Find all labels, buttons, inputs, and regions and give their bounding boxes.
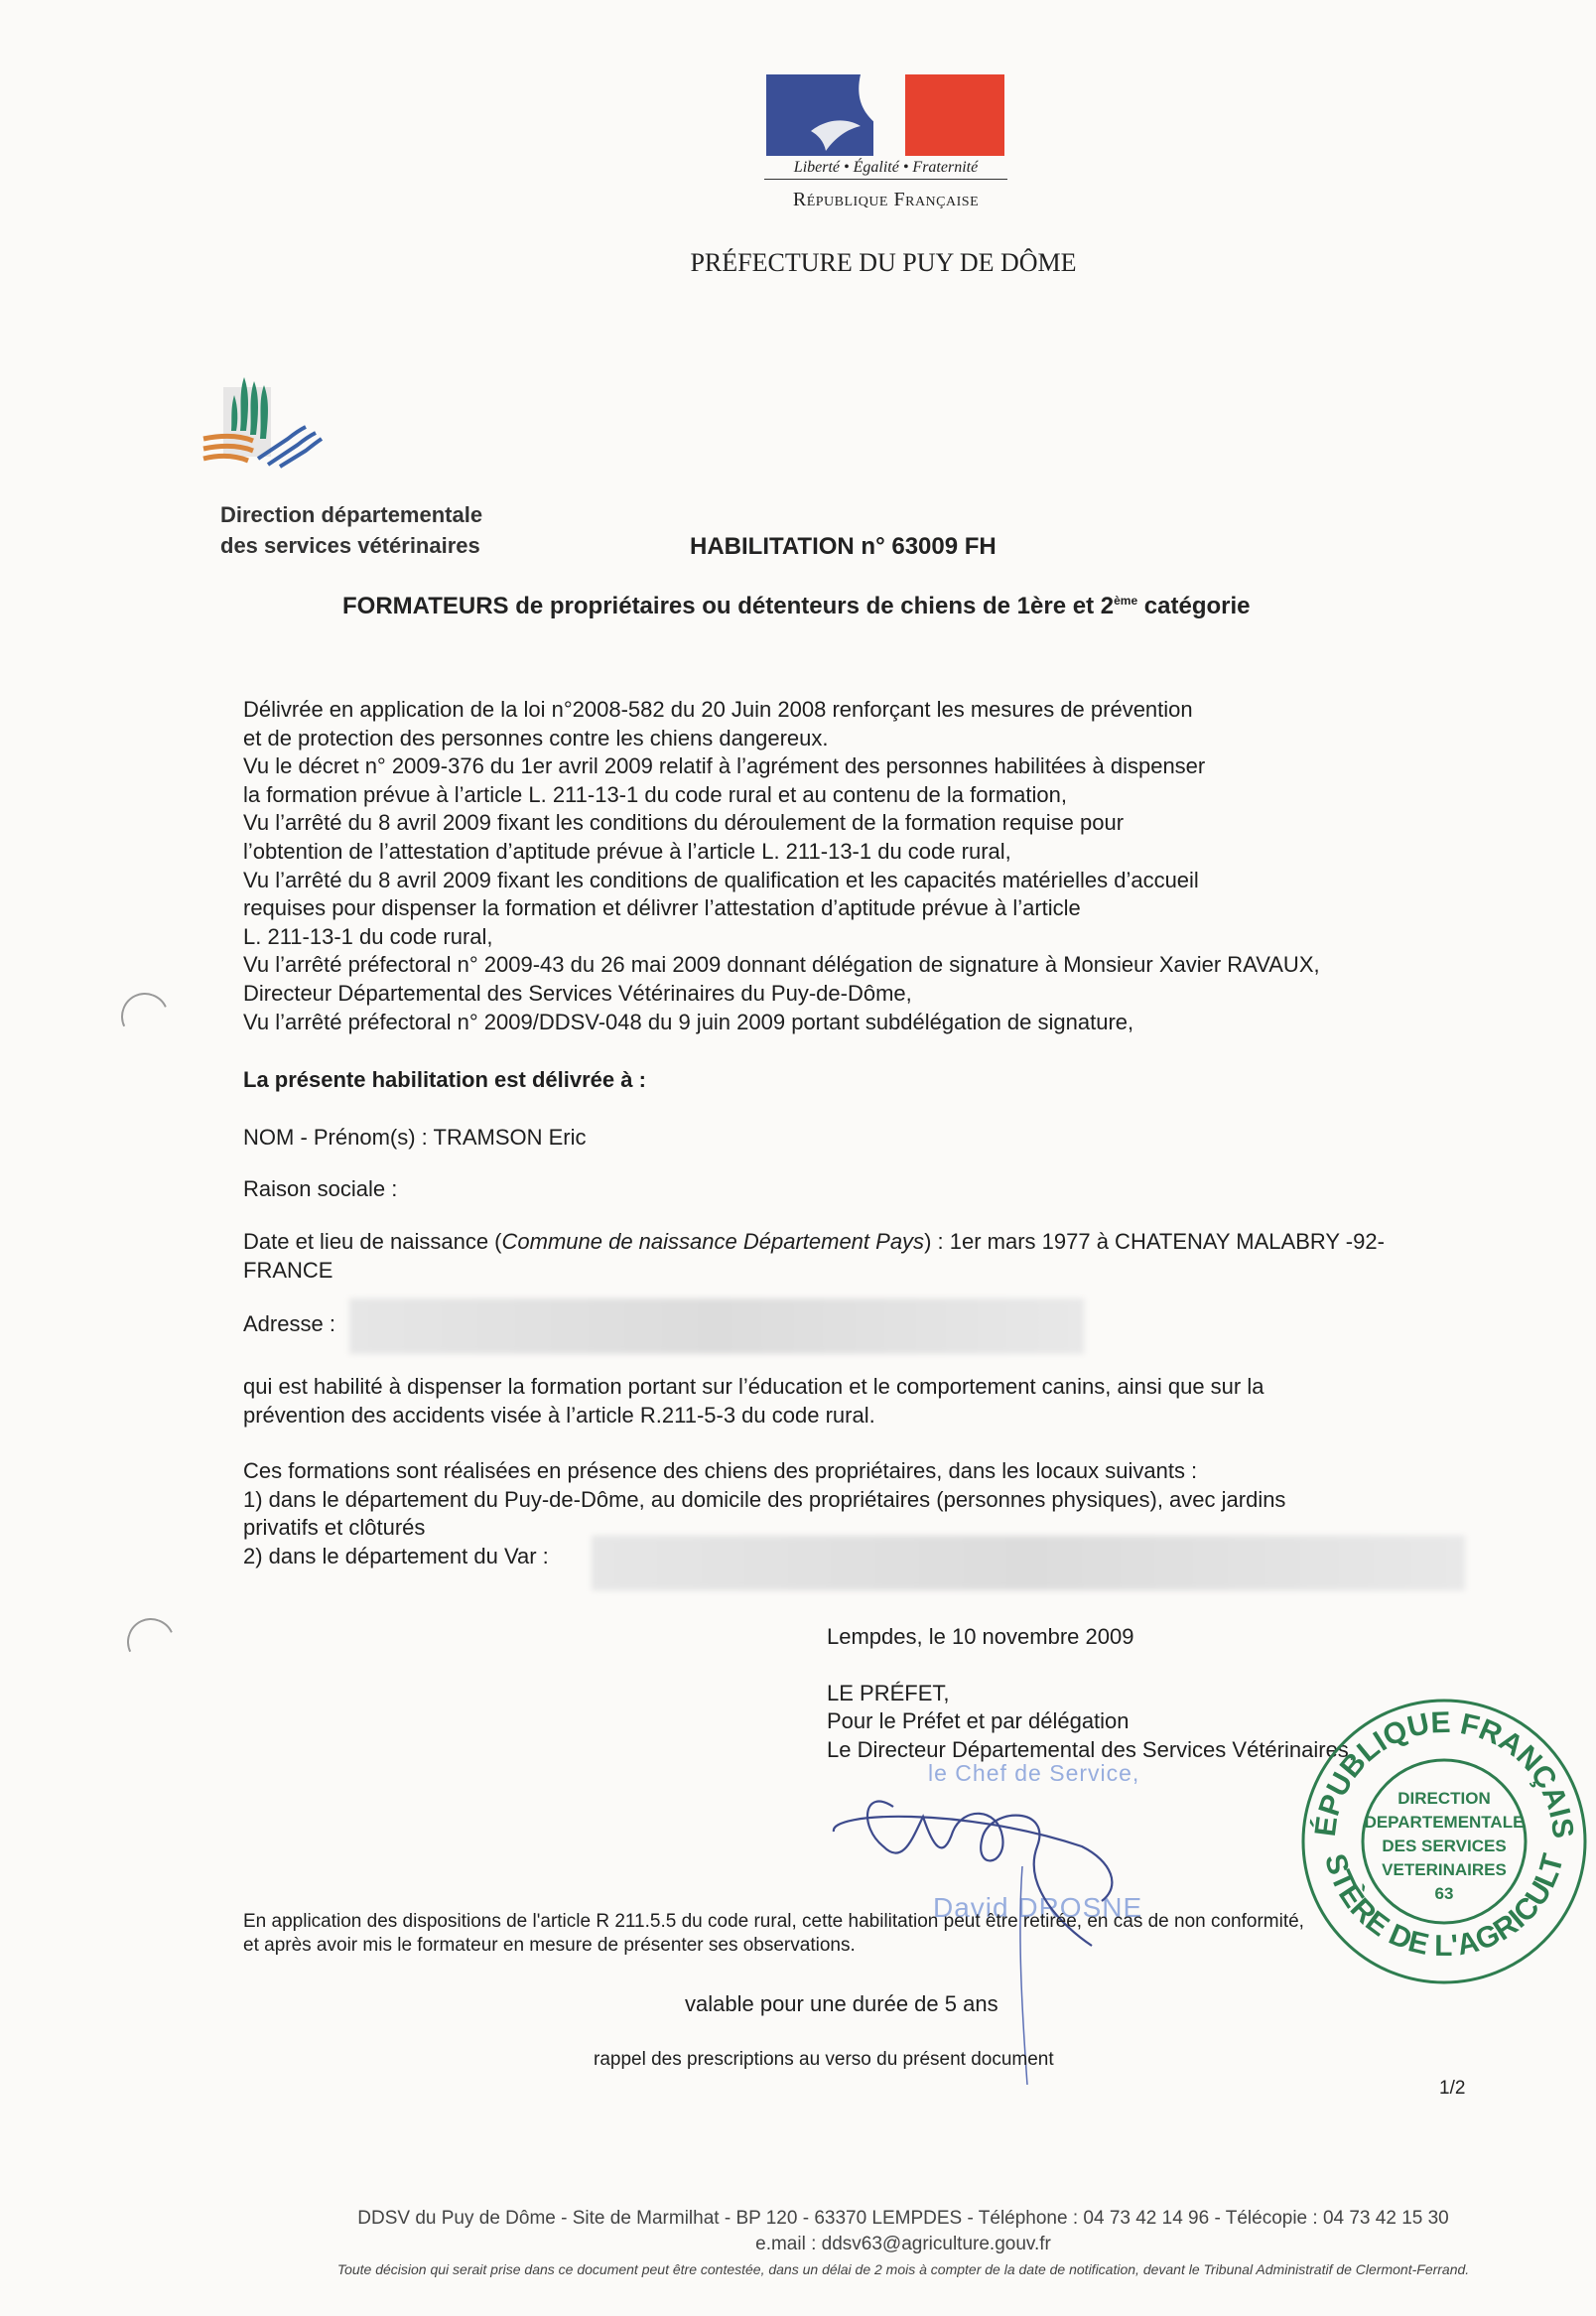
validity: valable pour une durée de 5 ans <box>685 1991 998 2017</box>
footer-address: DDSV du Puy de Dôme - Site de Marmilhat … <box>228 2208 1578 2230</box>
seal-inner-line: VETERINAIRES <box>1382 1860 1507 1879</box>
preamble-line: Vu l’arrêté du 8 avril 2009 fixant les c… <box>243 809 1533 838</box>
birth-row: Date et lieu de naissance (Commune de na… <box>243 1228 1533 1285</box>
signatory-title: LE PRÉFET, <box>827 1680 1355 1708</box>
seal-inner-line: 63 <box>1435 1884 1454 1903</box>
notice-line: En application des dispositions de l'art… <box>243 1910 1533 1934</box>
page-number: 1/2 <box>1439 2078 1465 2100</box>
name-label: NOM - Prénom(s) : <box>243 1125 428 1150</box>
seal-inner-line: DES SERVICES <box>1382 1837 1506 1855</box>
habilitation-subtitle: FORMATEURS de propriétaires ou détenteur… <box>342 593 1251 620</box>
footer-legal: Toute décision qui serait prise dans ce … <box>228 2261 1578 2277</box>
preamble-line: Vu l’arrêté préfectoral n° 2009/DDSV-048… <box>243 1009 1533 1037</box>
preamble-line: Vu l’arrêté préfectoral n° 2009-43 du 26… <box>243 951 1533 980</box>
birth-label-italic: Commune de naissance Département Pays <box>502 1229 925 1254</box>
address-redacted <box>349 1298 1084 1354</box>
preamble-line: l’obtention de l’attestation d’aptitude … <box>243 838 1533 867</box>
signature-block: Lempdes, le 10 novembre 2009 LE PRÉFET, … <box>827 1623 1355 1764</box>
notice-line: et après avoir mis le formateur en mesur… <box>243 1934 1533 1958</box>
birth-value-line-2: FRANCE <box>243 1257 1533 1286</box>
location-item-1: 1) dans le département du Puy-de-Dôme, a… <box>243 1486 1533 1515</box>
prefecture-name: PRÉFECTURE DU PUY DE DÔME <box>556 248 1211 278</box>
scope-paragraph: qui est habilité à dispenser la formatio… <box>243 1373 1533 1430</box>
habilitation-number: HABILITATION n° 63009 FH <box>690 533 997 561</box>
name-value: TRAMSON Eric <box>434 1125 587 1150</box>
reminder: rappel des prescriptions au verso du pré… <box>594 2049 1054 2071</box>
scope-line: prévention des accidents visée à l’artic… <box>243 1402 1533 1430</box>
preamble-line: Directeur Départemental des Services Vét… <box>243 980 1533 1009</box>
preamble-line: L. 211-13-1 du code rural, <box>243 923 1533 952</box>
subtitle-text: FORMATEURS de propriétaires ou détenteur… <box>342 593 1114 619</box>
subtitle-superscript: ème <box>1114 594 1137 608</box>
delegation-line: Pour le Préfet et par délégation <box>827 1707 1355 1736</box>
preamble: Délivrée en application de la loi n°2008… <box>243 696 1533 1036</box>
preamble-line: la formation prévue à l’article L. 211-1… <box>243 781 1533 810</box>
punch-hole <box>114 986 176 1047</box>
preamble-line: et de protection des personnes contre le… <box>243 725 1533 753</box>
marianne-logo <box>766 71 1004 171</box>
preamble-line: requises pour dispenser la formation et … <box>243 894 1533 923</box>
seal-inner-line: DIRECTION <box>1397 1789 1491 1808</box>
birth-label-end: ) : <box>924 1229 944 1254</box>
birth-value: 1er mars 1977 à CHATENAY MALABRY -92- <box>950 1229 1385 1254</box>
logo-republic: République Française <box>764 189 1007 211</box>
logo-motto: Liberté • Égalité • Fraternité <box>764 159 1007 180</box>
place-date: Lempdes, le 10 novembre 2009 <box>827 1623 1355 1652</box>
company-label: Raison sociale : <box>243 1176 397 1201</box>
birth-label: Date et lieu de naissance ( <box>243 1229 502 1254</box>
seal-inner-line: DEPARTEMENTALE <box>1365 1813 1525 1832</box>
company-row: Raison sociale : <box>243 1175 1533 1204</box>
ddsv-logo <box>199 369 328 469</box>
withdrawal-notice: En application des dispositions de l'art… <box>243 1910 1533 1958</box>
punch-hole <box>120 1611 182 1673</box>
var-location-redacted <box>592 1536 1465 1590</box>
issuer-name: Direction départementale des services vé… <box>220 499 482 561</box>
preamble-line: Vu l’arrêté du 8 avril 2009 fixant les c… <box>243 867 1533 895</box>
preamble-line: Délivrée en application de la loi n°2008… <box>243 696 1533 725</box>
locations-intro: Ces formations sont réalisées en présenc… <box>243 1457 1533 1486</box>
bleed-through-text <box>596 179 601 204</box>
footer-email: e.mail : ddsv63@agriculture.gouv.fr <box>228 2234 1578 2255</box>
preamble-line: Vu le décret n° 2009-376 du 1er avril 20… <box>243 752 1533 781</box>
issuer-line-1: Direction départementale <box>220 499 482 530</box>
scope-line: qui est habilité à dispenser la formatio… <box>243 1373 1533 1402</box>
recipient-heading: La présente habilitation est délivrée à … <box>243 1066 1533 1095</box>
issuer-line-2: des services vétérinaires <box>220 530 482 561</box>
recipient-name-row: NOM - Prénom(s) : TRAMSON Eric <box>243 1124 1533 1153</box>
subtitle-suffix: catégorie <box>1137 593 1250 619</box>
